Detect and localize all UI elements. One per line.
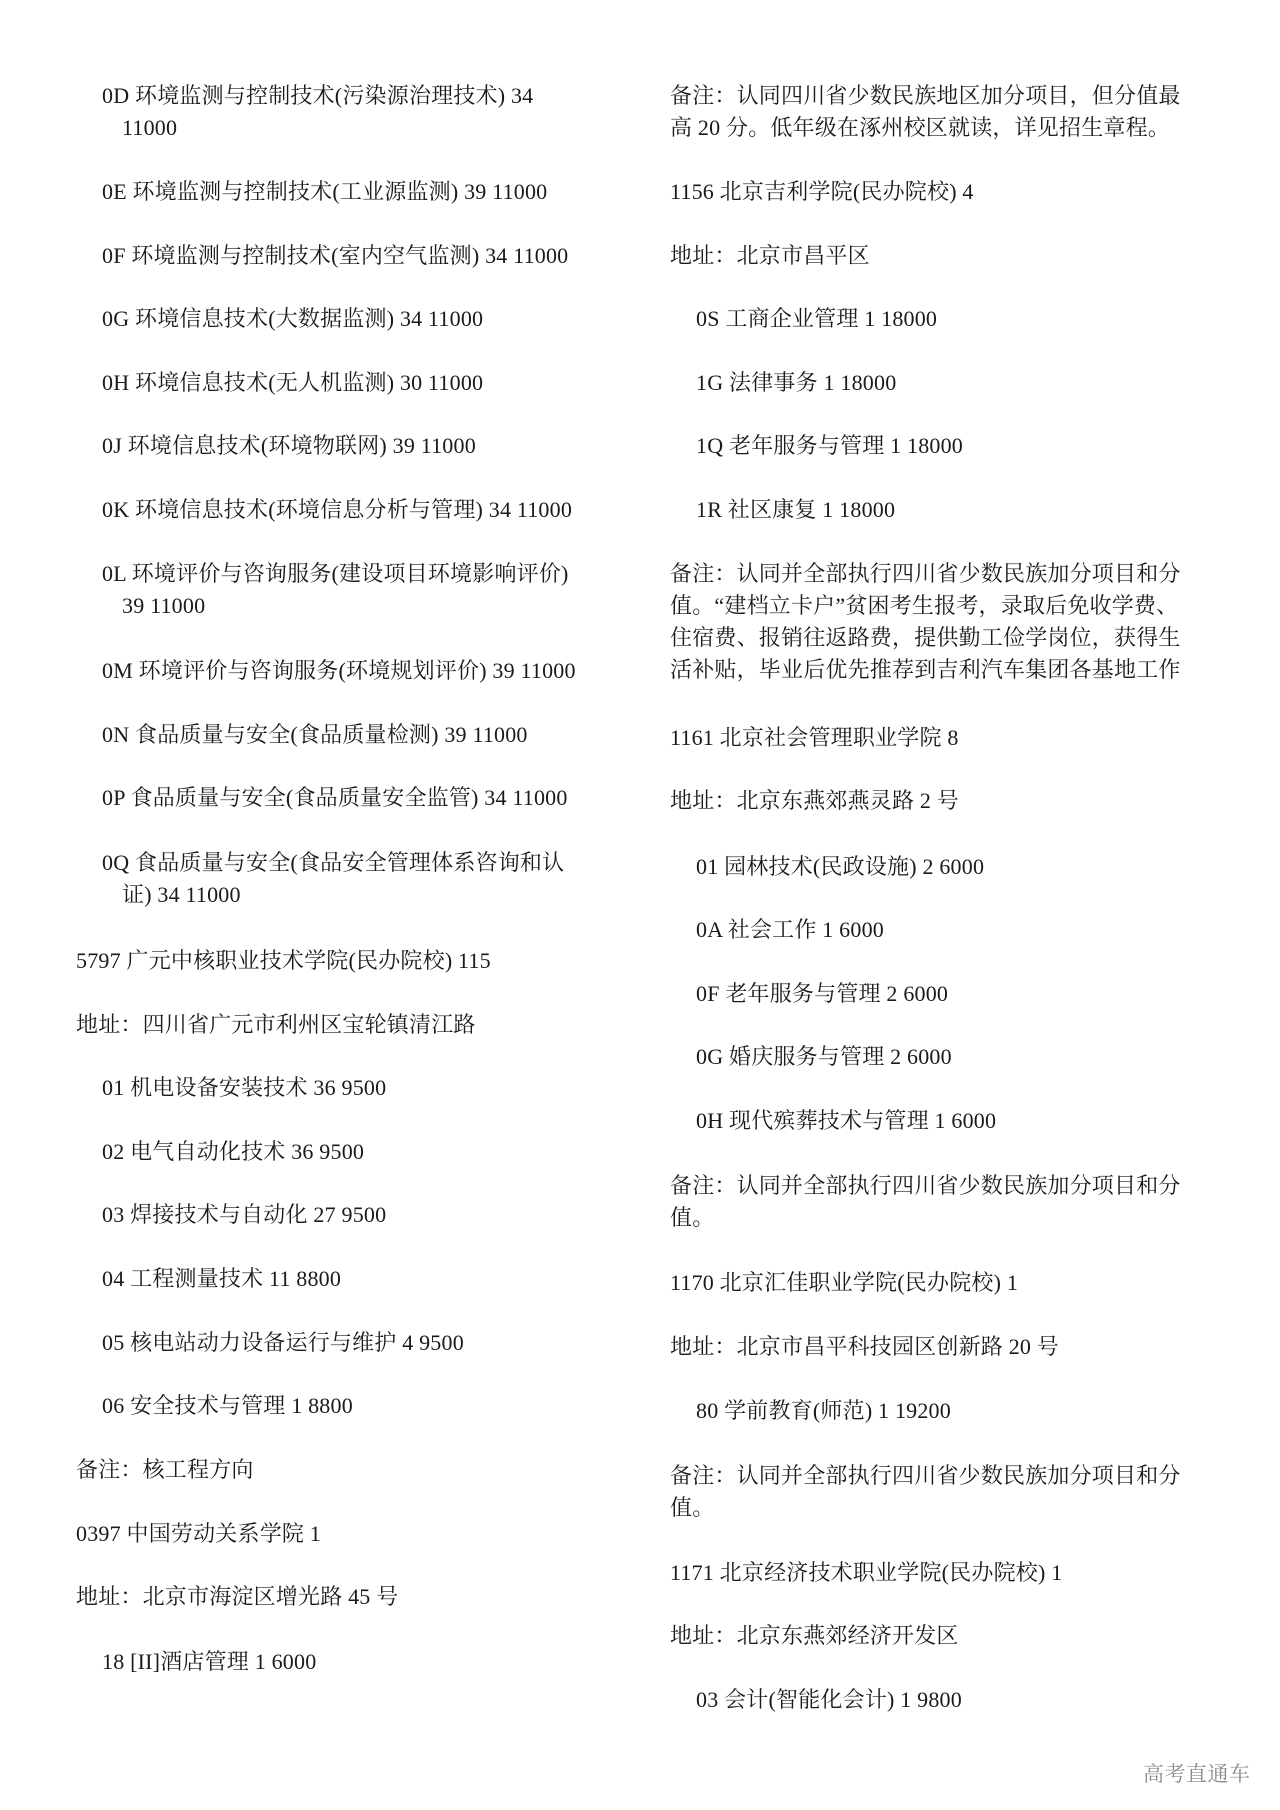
major-entry: 0K 环境信息技术(环境信息分析与管理) 34 11000 <box>102 494 572 526</box>
school-note: 备注：认同并全部执行四川省少数民族加分项目和分 <box>670 1460 1181 1492</box>
school-address: 地址：北京东燕郊经济开发区 <box>670 1620 959 1652</box>
school-note-continuation: 值。 <box>670 1202 714 1234</box>
major-entry: 01 机电设备安装技术 36 9500 <box>102 1072 386 1104</box>
school-note-continuation: 活补贴，毕业后优先推荐到吉利汽车集团各基地工作 <box>670 654 1181 686</box>
school-note: 备注：核工程方向 <box>76 1454 254 1486</box>
school-note: 备注：认同并全部执行四川省少数民族加分项目和分 <box>670 558 1181 590</box>
document-page: 0D 环境监测与控制技术(污染源治理技术) 34 11000 0E 环境监测与控… <box>0 0 1280 1810</box>
school-note: 备注：认同四川省少数民族地区加分项目，但分值最 <box>670 80 1181 112</box>
major-entry: 05 核电站动力设备运行与维护 4 9500 <box>102 1327 464 1359</box>
school-note-continuation: 住宿费、报销往返路费，提供勤工俭学岗位，获得生 <box>670 622 1181 654</box>
school-address: 地址：北京市昌平区 <box>670 240 870 272</box>
major-entry: 04 工程测量技术 11 8800 <box>102 1263 341 1295</box>
school-note-continuation: 值。“建档立卡户”贫困考生报考，录取后免收学费、 <box>670 590 1178 622</box>
school-address: 地址：北京东燕郊燕灵路 2 号 <box>670 785 959 817</box>
major-entry: 0E 环境监测与控制技术(工业源监测) 39 11000 <box>102 176 547 208</box>
major-entry: 18 [II]酒店管理 1 6000 <box>102 1646 316 1678</box>
school-address: 地址：四川省广元市利州区宝轮镇清江路 <box>76 1009 476 1041</box>
school-heading: 1156 北京吉利学院(民办院校) 4 <box>670 176 974 208</box>
major-entry-continuation: 证) 34 11000 <box>122 879 241 911</box>
major-entry: 03 会计(智能化会计) 1 9800 <box>696 1684 962 1716</box>
major-entry-continuation: 11000 <box>122 112 177 144</box>
major-entry: 0H 环境信息技术(无人机监测) 30 11000 <box>102 367 483 399</box>
school-address: 地址：北京市昌平科技园区创新路 20 号 <box>670 1331 1059 1363</box>
major-entry: 0S 工商企业管理 1 18000 <box>696 303 937 335</box>
major-entry: 02 电气自动化技术 36 9500 <box>102 1136 364 1168</box>
major-entry: 03 焊接技术与自动化 27 9500 <box>102 1199 386 1231</box>
school-note-continuation: 值。 <box>670 1492 714 1524</box>
major-entry: 0D 环境监测与控制技术(污染源治理技术) 34 <box>102 80 533 112</box>
major-entry: 0G 环境信息技术(大数据监测) 34 11000 <box>102 303 483 335</box>
school-heading: 1161 北京社会管理职业学院 8 <box>670 722 959 754</box>
major-entry: 0F 环境监测与控制技术(室内空气监测) 34 11000 <box>102 240 568 272</box>
watermark-label: 高考直通车 <box>1143 1758 1251 1788</box>
school-heading: 1171 北京经济技术职业学院(民办院校) 1 <box>670 1557 1062 1589</box>
major-entry: 0L 环境评价与咨询服务(建设项目环境影响评价) <box>102 558 569 590</box>
major-entry: 0H 现代殡葬技术与管理 1 6000 <box>696 1105 996 1137</box>
school-note-continuation: 高 20 分。低年级在涿州校区就读，详见招生章程。 <box>670 112 1170 144</box>
major-entry-continuation: 39 11000 <box>122 590 205 622</box>
major-entry: 01 园林技术(民政设施) 2 6000 <box>696 851 984 883</box>
school-heading: 5797 广元中核职业技术学院(民办院校) 115 <box>76 945 491 977</box>
major-entry: 0P 食品质量与安全(食品质量安全监管) 34 11000 <box>102 782 568 814</box>
major-entry: 0A 社会工作 1 6000 <box>696 914 884 946</box>
major-entry: 1Q 老年服务与管理 1 18000 <box>696 430 963 462</box>
major-entry: 0N 食品质量与安全(食品质量检测) 39 11000 <box>102 719 528 751</box>
major-entry: 0M 环境评价与咨询服务(环境规划评价) 39 11000 <box>102 655 576 687</box>
school-heading: 1170 北京汇佳职业学院(民办院校) 1 <box>670 1267 1018 1299</box>
school-address: 地址：北京市海淀区增光路 45 号 <box>76 1581 398 1613</box>
major-entry: 06 安全技术与管理 1 8800 <box>102 1390 353 1422</box>
major-entry: 0J 环境信息技术(环境物联网) 39 11000 <box>102 430 476 462</box>
major-entry: 80 学前教育(师范) 1 19200 <box>696 1395 951 1427</box>
major-entry: 0Q 食品质量与安全(食品安全管理体系咨询和认 <box>102 847 564 879</box>
school-heading: 0397 中国劳动关系学院 1 <box>76 1518 321 1550</box>
major-entry: 1G 法律事务 1 18000 <box>696 367 896 399</box>
school-note: 备注：认同并全部执行四川省少数民族加分项目和分 <box>670 1170 1181 1202</box>
major-entry: 0F 老年服务与管理 2 6000 <box>696 978 948 1010</box>
major-entry: 1R 社区康复 1 18000 <box>696 494 895 526</box>
major-entry: 0G 婚庆服务与管理 2 6000 <box>696 1041 952 1073</box>
